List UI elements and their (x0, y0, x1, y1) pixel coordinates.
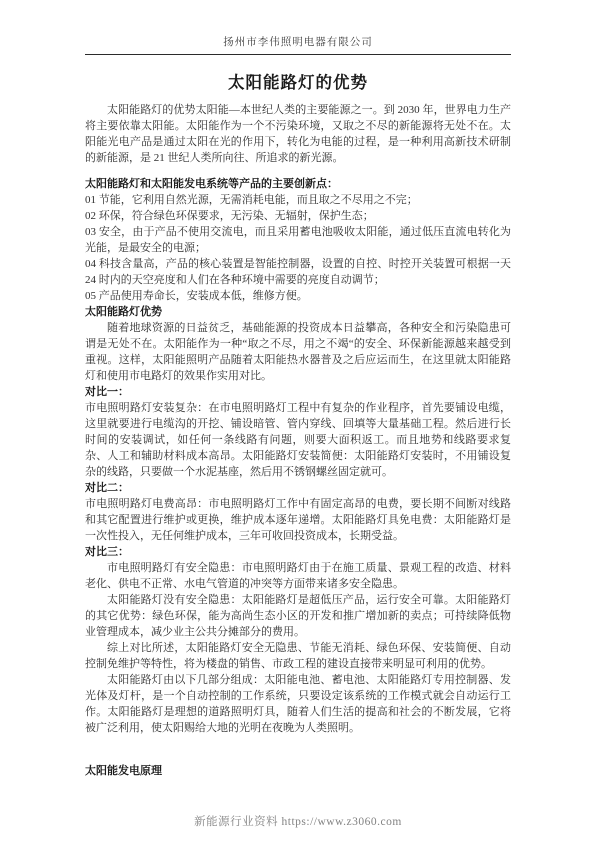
company-name: 扬州市李伟照明电器有限公司 (85, 34, 511, 55)
innovation-item-05: 05 产品使用寿命长，安装成本低，维修方便。 (85, 288, 511, 304)
heading-comparison-3: 对比三： (85, 544, 511, 560)
footer-source-note: 新能源行业资料 https://www.z3060.com (0, 813, 596, 829)
heading-power-generation-principle: 太阳能发电原理 (85, 763, 511, 779)
paragraph-comparison-3-solar: 太阳能路灯没有安全隐患：太阳能路灯是超低压产品，运行安全可靠。太阳能路灯的其它优… (85, 592, 511, 640)
paragraph-comparison-2: 市电照明路灯电费高昂：市电照明路灯工作中有固定高昂的电费，要长期不间断对线路和其… (85, 496, 511, 544)
paragraph-comparison-3-mains: 市电照明路灯有安全隐患：市电照明路灯由于在施工质量、景观工程的改造、材料老化、供… (85, 560, 511, 592)
heading-advantages: 太阳能路灯优势 (85, 304, 511, 320)
paragraph-components: 太阳能路灯由以下几部分组成：太阳能电池、蓄电池、太阳能路灯专用控制器、发光体及灯… (85, 672, 511, 736)
heading-innovation-points: 太阳能路灯和太阳能发电系统等产品的主要创新点： (85, 176, 511, 192)
innovation-item-02: 02 环保，符合绿色环保要求，无污染、无辐射，保护生态； (85, 208, 511, 224)
innovation-item-03: 03 安全，由于产品不使用交流电，而且采用蓄电池吸收太阳能，通过低压直流电转化为… (85, 224, 511, 256)
heading-comparison-2: 对比二： (85, 480, 511, 496)
paragraph-intro: 太阳能路灯的优势太阳能—本世纪人类的主要能源之一。到 2030 年，世界电力生产… (85, 102, 511, 166)
document-title: 太阳能路灯的优势 (85, 69, 511, 93)
innovation-item-04: 04 科技含量高，产品的核心装置是智能控制器，设置的自控、时控开关装置可根据一天… (85, 256, 511, 288)
heading-comparison-1: 对比一： (85, 384, 511, 400)
innovation-item-01: 01 节能，它利用自然光源，无需消耗电能，而且取之不尽用之不完； (85, 192, 511, 208)
paragraph-comparison-1: 市电照明路灯安装复杂：在市电照明路灯工程中有复杂的作业程序，首先要铺设电缆，这里… (85, 400, 511, 480)
paragraph-advantages-intro: 随着地球资源的日益贫乏，基础能源的投资成本日益攀高，各种安全和污染隐患可谓是无处… (85, 320, 511, 384)
paragraph-summary: 综上对比所述，太阳能路灯安全无隐患、节能无消耗、绿色环保、安装简便、自动控制免维… (85, 640, 511, 672)
document-body: 太阳能路灯的优势太阳能—本世纪人类的主要能源之一。到 2030 年，世界电力生产… (85, 102, 511, 779)
document-page: 扬州市李伟照明电器有限公司 太阳能路灯的优势 太阳能路灯的优势太阳能—本世纪人类… (0, 0, 596, 842)
page-header: 扬州市李伟照明电器有限公司 (85, 0, 511, 55)
